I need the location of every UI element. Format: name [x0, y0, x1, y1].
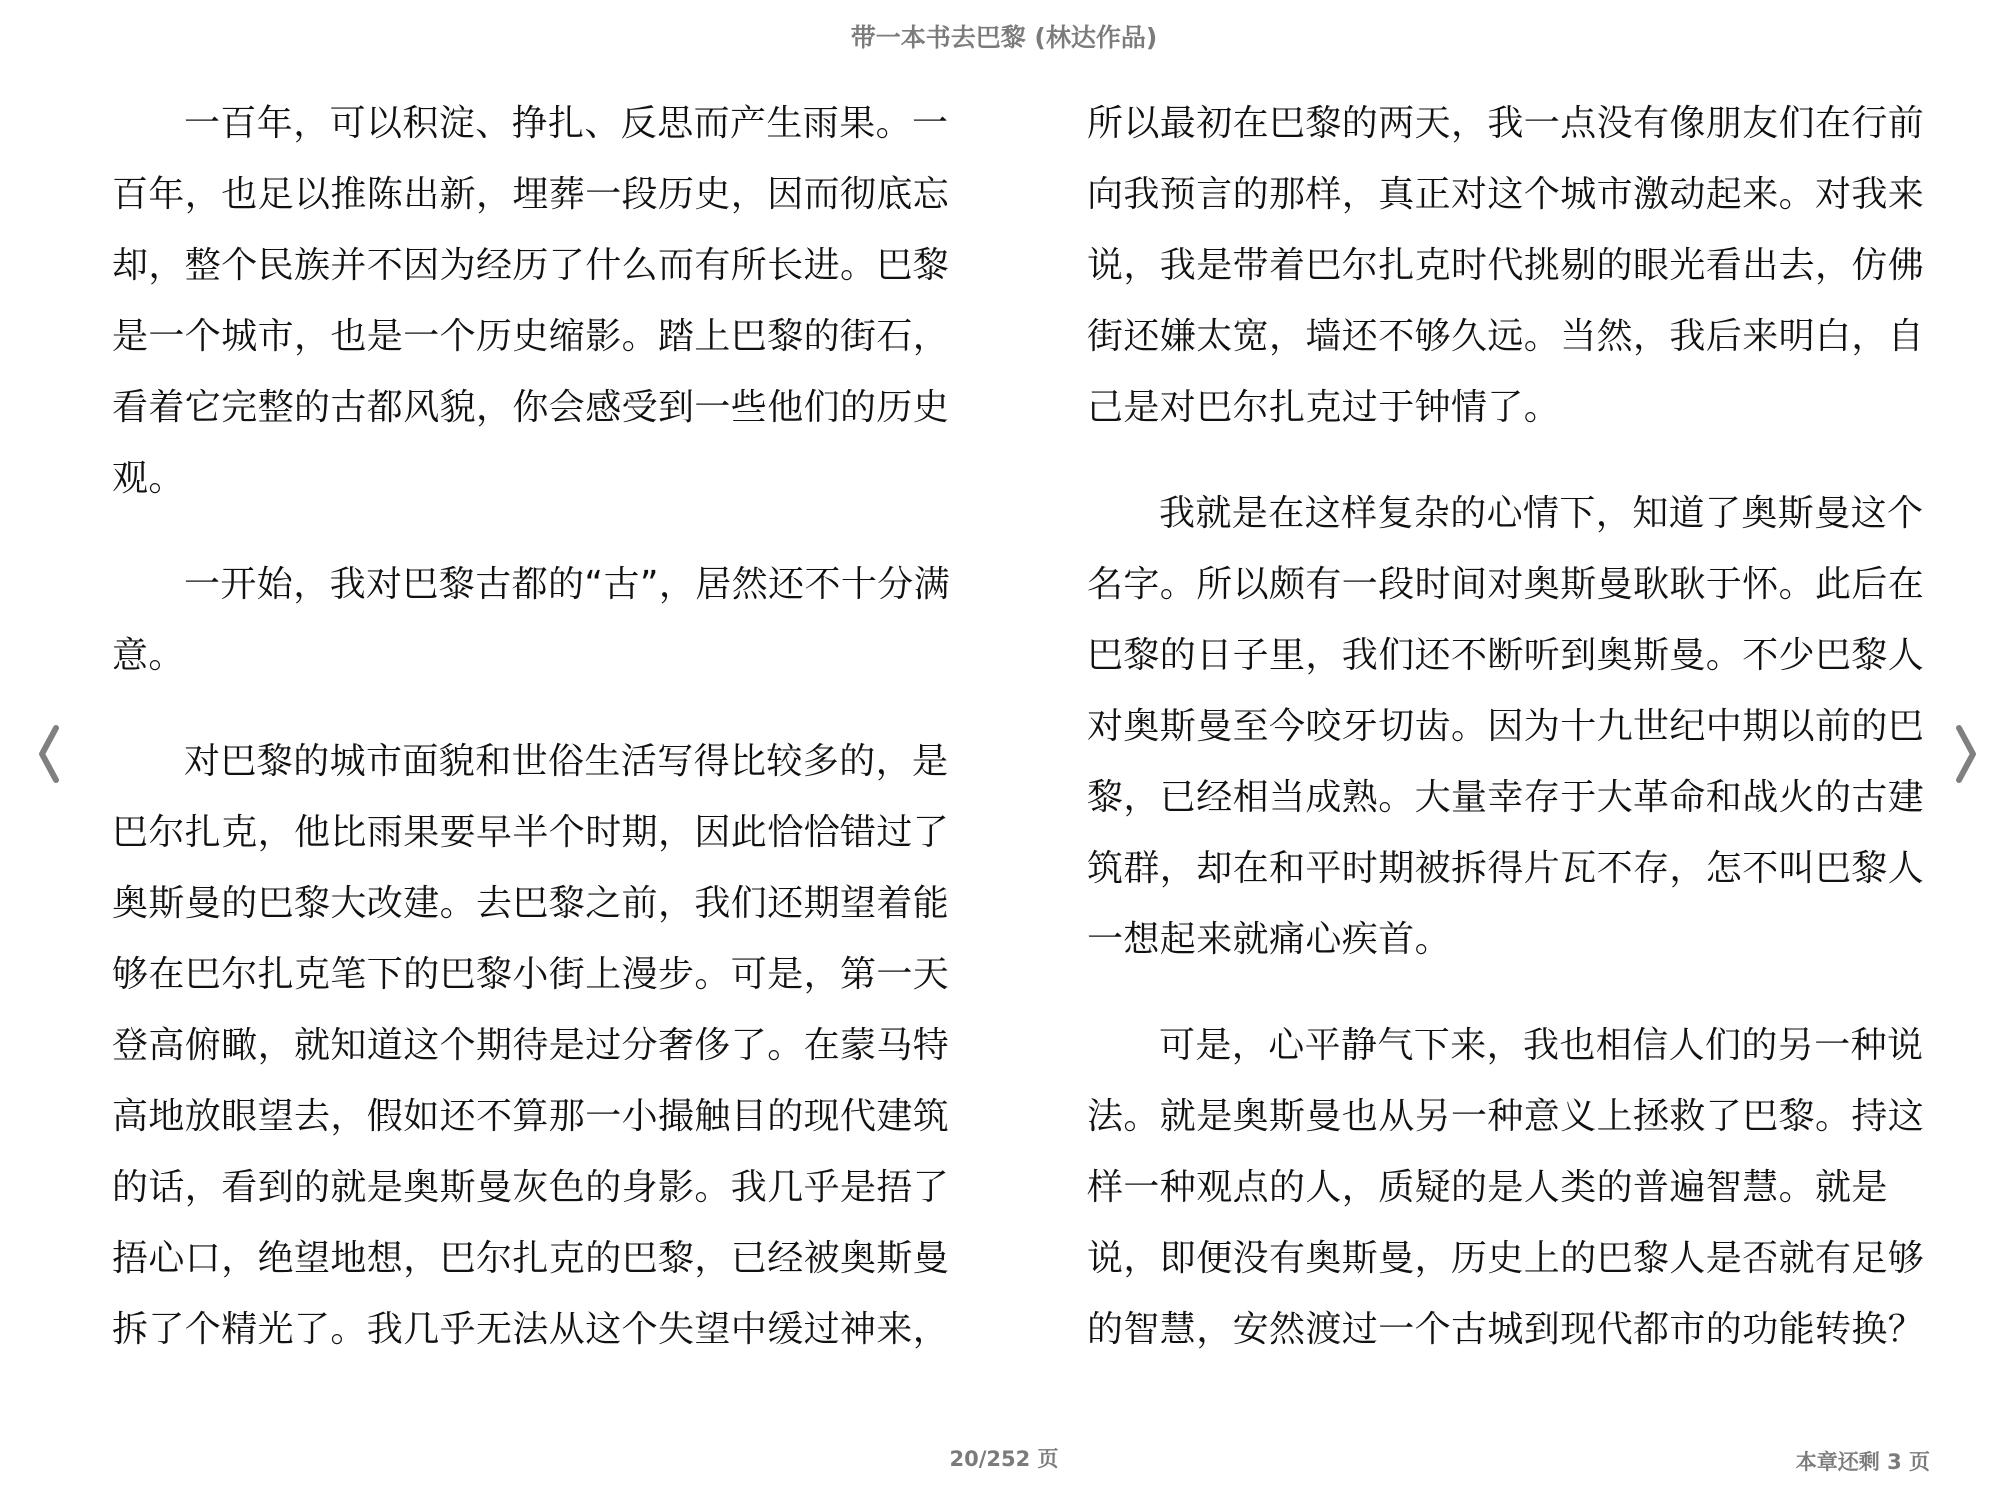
text-line: 捂心口，绝望地想，巴尔扎克的巴黎，已经被奥斯曼: [112, 1223, 952, 1294]
text-line: 向我预言的那样，真正对这个城市激动起来。对我来: [1087, 159, 1927, 230]
text-line: 百年，也足以推陈出新，埋葬一段历史，因而彻底忘: [112, 159, 952, 230]
text-line: 奥斯曼的巴黎大改建。去巴黎之前，我们还期望着能: [112, 868, 952, 939]
paragraph: 所以最初在巴黎的两天，我一点没有像朋友们在行前 向我预言的那样，真正对这个城市激…: [1087, 88, 1927, 443]
text-line: 所以最初在巴黎的两天，我一点没有像朋友们在行前: [1087, 88, 1927, 159]
paragraph: 对巴黎的城市面貌和世俗生活写得比较多的，是 巴尔扎克，他比雨果要早半个时期，因此…: [112, 726, 952, 1365]
text-line: 够在巴尔扎克笔下的巴黎小街上漫步。可是，第一天: [112, 939, 952, 1010]
text-line: 登高俯瞰，就知道这个期待是过分奢侈了。在蒙马特: [112, 1010, 952, 1081]
text-line: 对奥斯曼至今咬牙切齿。因为十九世纪中期以前的巴: [1087, 691, 1927, 762]
text-line: 己是对巴尔扎克过于钟情了。: [1087, 372, 1927, 443]
text-line: 巴尔扎克，他比雨果要早半个时期，因此恰恰错过了: [112, 797, 952, 868]
text-line: 可是，心平静气下来，我也相信人们的另一种说: [1087, 1010, 1927, 1081]
text-line: 样一种观点的人，质疑的是人类的普遍智慧。就是: [1087, 1152, 1927, 1223]
text-line: 的话，看到的就是奥斯曼灰色的身影。我几乎是捂了: [112, 1152, 952, 1223]
text-line: 黎，已经相当成熟。大量幸存于大革命和战火的古建: [1087, 762, 1927, 833]
right-page-column: 所以最初在巴黎的两天，我一点没有像朋友们在行前 向我预言的那样，真正对这个城市激…: [1087, 88, 1927, 1400]
text-line: 观。: [112, 443, 952, 514]
text-line: 一开始，我对巴黎古都的“古”，居然还不十分满: [112, 549, 952, 620]
text-line: 拆了个精光了。我几乎无法从这个失望中缓过神来，: [112, 1294, 952, 1365]
text-line: 说，我是带着巴尔扎克时代挑剔的眼光看出去，仿佛: [1087, 230, 1927, 301]
page-indicator: 20/252 页: [0, 1443, 2008, 1473]
next-page-button[interactable]: [1945, 722, 1985, 786]
text-line: 名字。所以颇有一段时间对奥斯曼耿耿于怀。此后在: [1087, 549, 1927, 620]
chevron-left-icon: [30, 722, 70, 786]
text-line: 我就是在这样复杂的心情下，知道了奥斯曼这个: [1087, 478, 1927, 549]
text-line: 筑群，却在和平时期被拆得片瓦不存，怎不叫巴黎人: [1087, 833, 1927, 904]
paragraph: 一开始，我对巴黎古都的“古”，居然还不十分满 意。: [112, 549, 952, 691]
text-line: 街还嫌太宽，墙还不够久远。当然，我后来明白，自: [1087, 301, 1927, 372]
text-line: 法。就是奥斯曼也从另一种意义上拯救了巴黎。持这: [1087, 1081, 1927, 1152]
text-line: 巴黎的日子里，我们还不断听到奥斯曼。不少巴黎人: [1087, 620, 1927, 691]
text-line: 一百年，可以积淀、挣扎、反思而产生雨果。一: [112, 88, 952, 159]
chevron-right-icon: [1945, 722, 1985, 786]
paragraph: 一百年，可以积淀、挣扎、反思而产生雨果。一 百年，也足以推陈出新，埋葬一段历史，…: [112, 88, 952, 514]
chapter-remaining: 本章还剩 3 页: [1796, 1446, 1930, 1476]
book-title: 带一本书去巴黎 (林达作品): [0, 20, 2008, 56]
paragraph: 可是，心平静气下来，我也相信人们的另一种说 法。就是奥斯曼也从另一种意义上拯救了…: [1087, 1010, 1927, 1365]
left-page-column: 一百年，可以积淀、挣扎、反思而产生雨果。一 百年，也足以推陈出新，埋葬一段历史，…: [112, 88, 952, 1400]
previous-page-button[interactable]: [30, 722, 70, 786]
text-line: 高地放眼望去，假如还不算那一小撮触目的现代建筑: [112, 1081, 952, 1152]
text-line: 的智慧，安然渡过一个古城到现代都市的功能转换？: [1087, 1294, 1927, 1365]
text-line: 意。: [112, 620, 952, 691]
text-line: 是一个城市，也是一个历史缩影。踏上巴黎的街石，: [112, 301, 952, 372]
text-line: 对巴黎的城市面貌和世俗生活写得比较多的，是: [112, 726, 952, 797]
text-line: 看着它完整的古都风貌，你会感受到一些他们的历史: [112, 372, 952, 443]
text-line: 一想起来就痛心疾首。: [1087, 904, 1927, 975]
paragraph: 我就是在这样复杂的心情下，知道了奥斯曼这个 名字。所以颇有一段时间对奥斯曼耿耿于…: [1087, 478, 1927, 975]
text-line: 却，整个民族并不因为经历了什么而有所长进。巴黎: [112, 230, 952, 301]
text-line: 说，即便没有奥斯曼，历史上的巴黎人是否就有足够: [1087, 1223, 1927, 1294]
